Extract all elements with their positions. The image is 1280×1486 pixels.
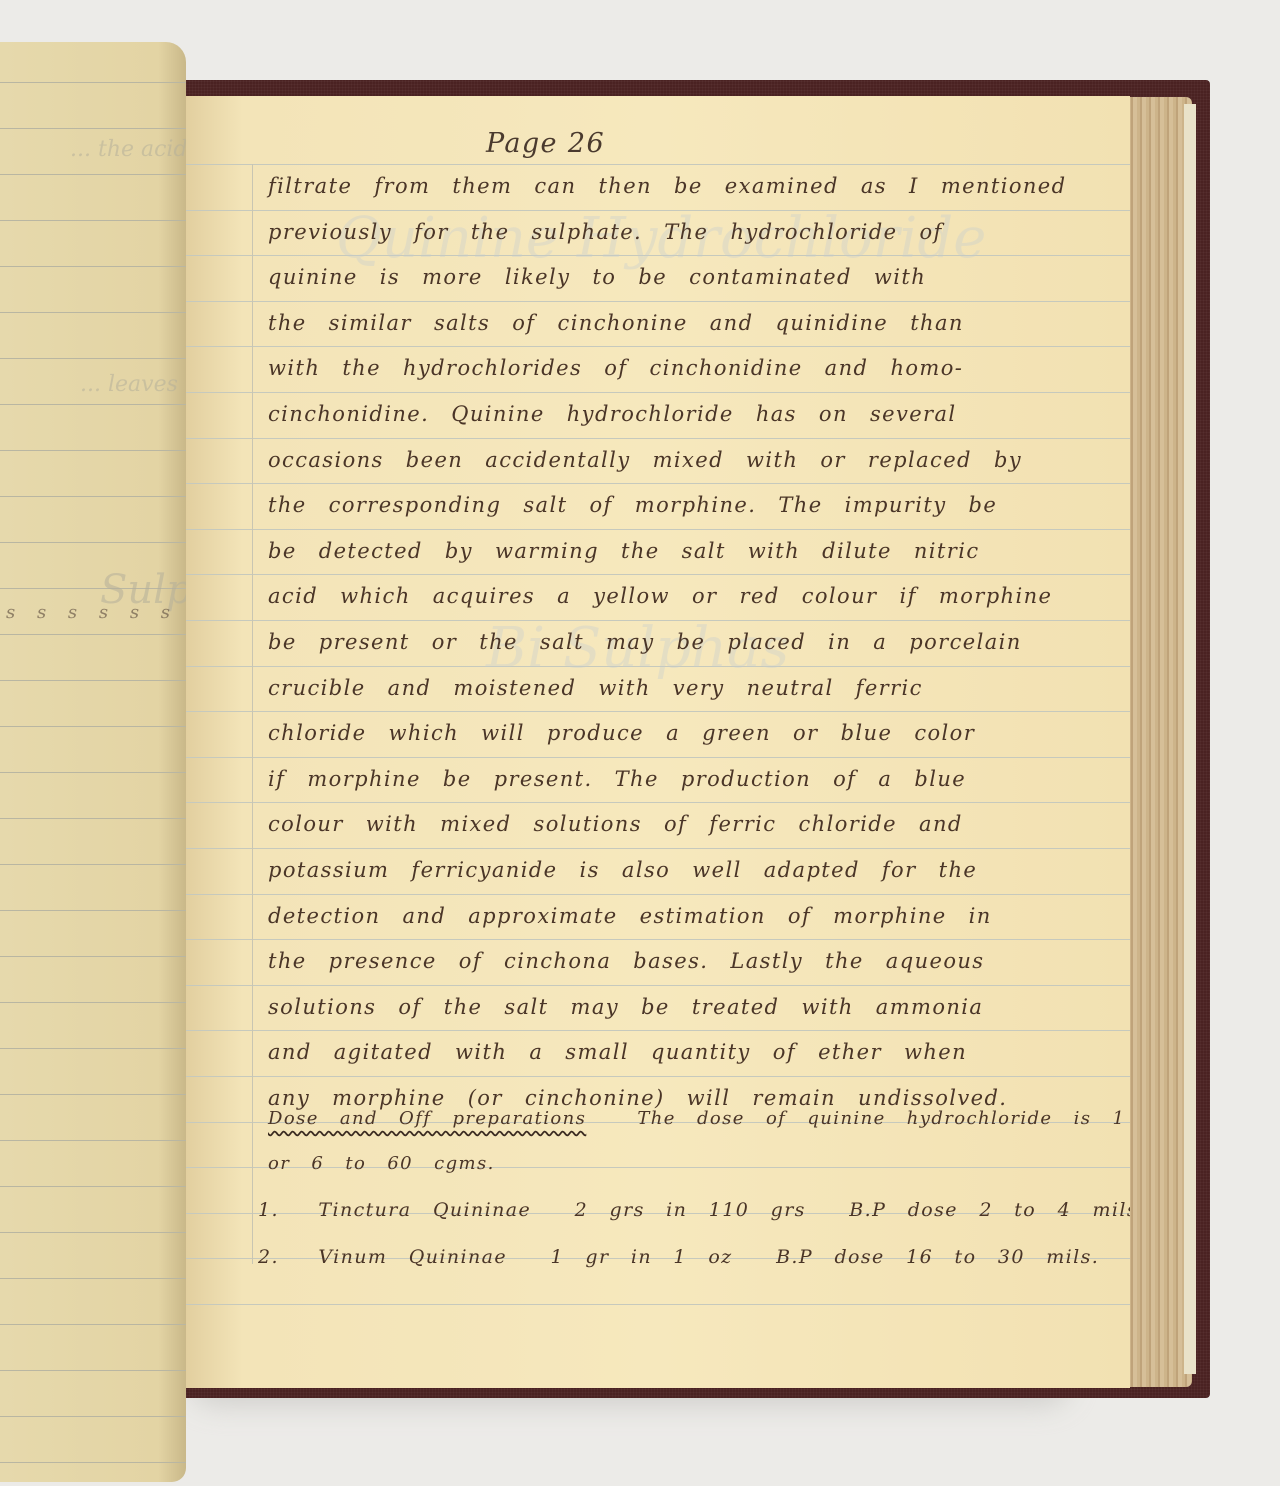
ruled-line bbox=[0, 450, 186, 451]
ruled-line bbox=[0, 726, 186, 727]
ruled-line bbox=[0, 1094, 186, 1095]
text-line: the presence of cinchona bases. Lastly t… bbox=[268, 949, 984, 973]
ruled-line bbox=[0, 1324, 186, 1325]
ruled-line bbox=[186, 483, 1130, 484]
ruled-line bbox=[186, 848, 1130, 849]
preparation-number: 1. bbox=[258, 1199, 279, 1221]
ruled-line bbox=[0, 174, 186, 175]
ruled-line bbox=[0, 358, 186, 359]
ruled-line bbox=[186, 711, 1130, 712]
ruled-line bbox=[0, 1048, 186, 1049]
ruled-line bbox=[186, 301, 1130, 302]
left-page: ... the acid ... leaves ... Sulphate s s… bbox=[0, 42, 186, 1482]
endpaper bbox=[1184, 104, 1196, 1374]
text-line: acid which acquires a yellow or red colo… bbox=[268, 584, 1052, 608]
ruled-line bbox=[186, 757, 1130, 758]
left-page-ghost-text: ... the acid bbox=[70, 137, 186, 162]
ruled-line bbox=[186, 164, 1130, 165]
ruled-line bbox=[186, 529, 1130, 530]
ruled-line bbox=[186, 802, 1130, 803]
ruled-line bbox=[186, 574, 1130, 575]
left-page-ghost-text: s s s s s s bbox=[6, 602, 178, 623]
text-line: occasions been accidentally mixed with o… bbox=[268, 448, 1022, 472]
text-line: be detected by warming the salt with dil… bbox=[268, 539, 979, 563]
preparation-strength: 2 grs in 110 grs bbox=[575, 1199, 806, 1221]
ruled-line bbox=[0, 1232, 186, 1233]
preparation-strength: 1 gr in 1 oz bbox=[550, 1246, 732, 1268]
preparation-dose: B.P dose 16 to 30 mils. bbox=[776, 1246, 1099, 1268]
ruled-line bbox=[0, 1416, 186, 1417]
text-line: potassium ferricyanide is also well adap… bbox=[268, 858, 977, 882]
ruled-line bbox=[0, 772, 186, 773]
preparation-name: Vinum Quininae bbox=[318, 1246, 507, 1268]
ruled-line bbox=[186, 1076, 1130, 1077]
ruled-line bbox=[0, 220, 186, 221]
ruled-line bbox=[0, 1462, 186, 1463]
ruled-line bbox=[0, 1140, 186, 1141]
ruled-line bbox=[186, 438, 1130, 439]
dose-text: The dose of quinine hydrochloride is 1 t… bbox=[637, 1108, 1130, 1129]
text-line: the similar salts of cinchonine and quin… bbox=[268, 311, 964, 335]
ruled-line bbox=[186, 985, 1130, 986]
text-line: previously for the sulphate. The hydroch… bbox=[268, 220, 943, 244]
ruled-line bbox=[0, 1002, 186, 1003]
ruled-line bbox=[186, 1030, 1130, 1031]
preparation-dose: B.P dose 2 to 4 mils bbox=[849, 1199, 1130, 1221]
text-line: if morphine be present. The production o… bbox=[268, 767, 966, 791]
ruled-line bbox=[186, 894, 1130, 895]
left-page-ghost-text: ... leaves ... bbox=[80, 372, 186, 397]
text-line: crucible and moistened with very neutral… bbox=[268, 676, 923, 700]
text-line: any morphine (or cinchonine) will remain… bbox=[268, 1086, 1007, 1110]
dose-line: Dose and Off preparations The dose of qu… bbox=[268, 1108, 1130, 1129]
ruled-line bbox=[0, 542, 186, 543]
preparation-item: 1. Tinctura Quininae 2 grs in 110 grs B.… bbox=[258, 1199, 1130, 1221]
page-edges bbox=[1128, 97, 1192, 1387]
ruled-line bbox=[0, 128, 186, 129]
text-line: with the hydrochlorides of cinchonidine … bbox=[268, 356, 963, 380]
text-line: the corresponding salt of morphine. The … bbox=[268, 493, 997, 517]
ruled-line bbox=[186, 939, 1130, 940]
ruled-line bbox=[0, 1370, 186, 1371]
right-page: Quinine Hydrochloride Bi Sulphas Page 26… bbox=[186, 96, 1130, 1388]
ruled-line bbox=[0, 634, 186, 635]
ruled-line bbox=[0, 496, 186, 497]
ruled-line bbox=[0, 312, 186, 313]
text-line: colour with mixed solutions of ferric ch… bbox=[268, 812, 963, 836]
ruled-line bbox=[186, 346, 1130, 347]
preparation-number: 2. bbox=[258, 1246, 279, 1268]
ruled-line bbox=[0, 1186, 186, 1187]
text-line: solutions of the salt may be treated wit… bbox=[268, 995, 983, 1019]
ruled-line bbox=[0, 680, 186, 681]
dose-heading: Dose and Off preparations bbox=[268, 1108, 586, 1129]
text-line: filtrate from them can then be examined … bbox=[268, 174, 1066, 198]
page-number: Page 26 bbox=[486, 128, 605, 159]
ruled-line bbox=[0, 266, 186, 267]
ruled-line bbox=[186, 392, 1130, 393]
text-line: be present or the salt may be placed in … bbox=[268, 630, 1022, 654]
ruled-line bbox=[0, 1278, 186, 1279]
preparation-item: 2. Vinum Quininae 1 gr in 1 oz B.P dose … bbox=[258, 1246, 1099, 1268]
ruled-line bbox=[0, 404, 186, 405]
preparation-name: Tinctura Quininae bbox=[318, 1199, 531, 1221]
ruled-line bbox=[0, 82, 186, 83]
margin-line bbox=[252, 164, 253, 1264]
ruled-line bbox=[0, 864, 186, 865]
text-line: quinine is more likely to be contaminate… bbox=[268, 265, 926, 289]
text-line: cinchonidine. Quinine hydrochloride has … bbox=[268, 402, 957, 426]
ruled-line bbox=[0, 818, 186, 819]
text-line: detection and approximate estimation of … bbox=[268, 904, 992, 928]
dose-text-cont: or 6 to 60 cgms. bbox=[268, 1153, 495, 1174]
text-line: chloride which will produce a green or b… bbox=[268, 721, 975, 745]
ruled-line bbox=[0, 956, 186, 957]
ruled-line bbox=[186, 1304, 1130, 1305]
photo-scene: ... the acid ... leaves ... Sulphate s s… bbox=[0, 0, 1280, 1486]
ruled-line bbox=[0, 910, 186, 911]
text-line: and agitated with a small quantity of et… bbox=[268, 1040, 967, 1064]
